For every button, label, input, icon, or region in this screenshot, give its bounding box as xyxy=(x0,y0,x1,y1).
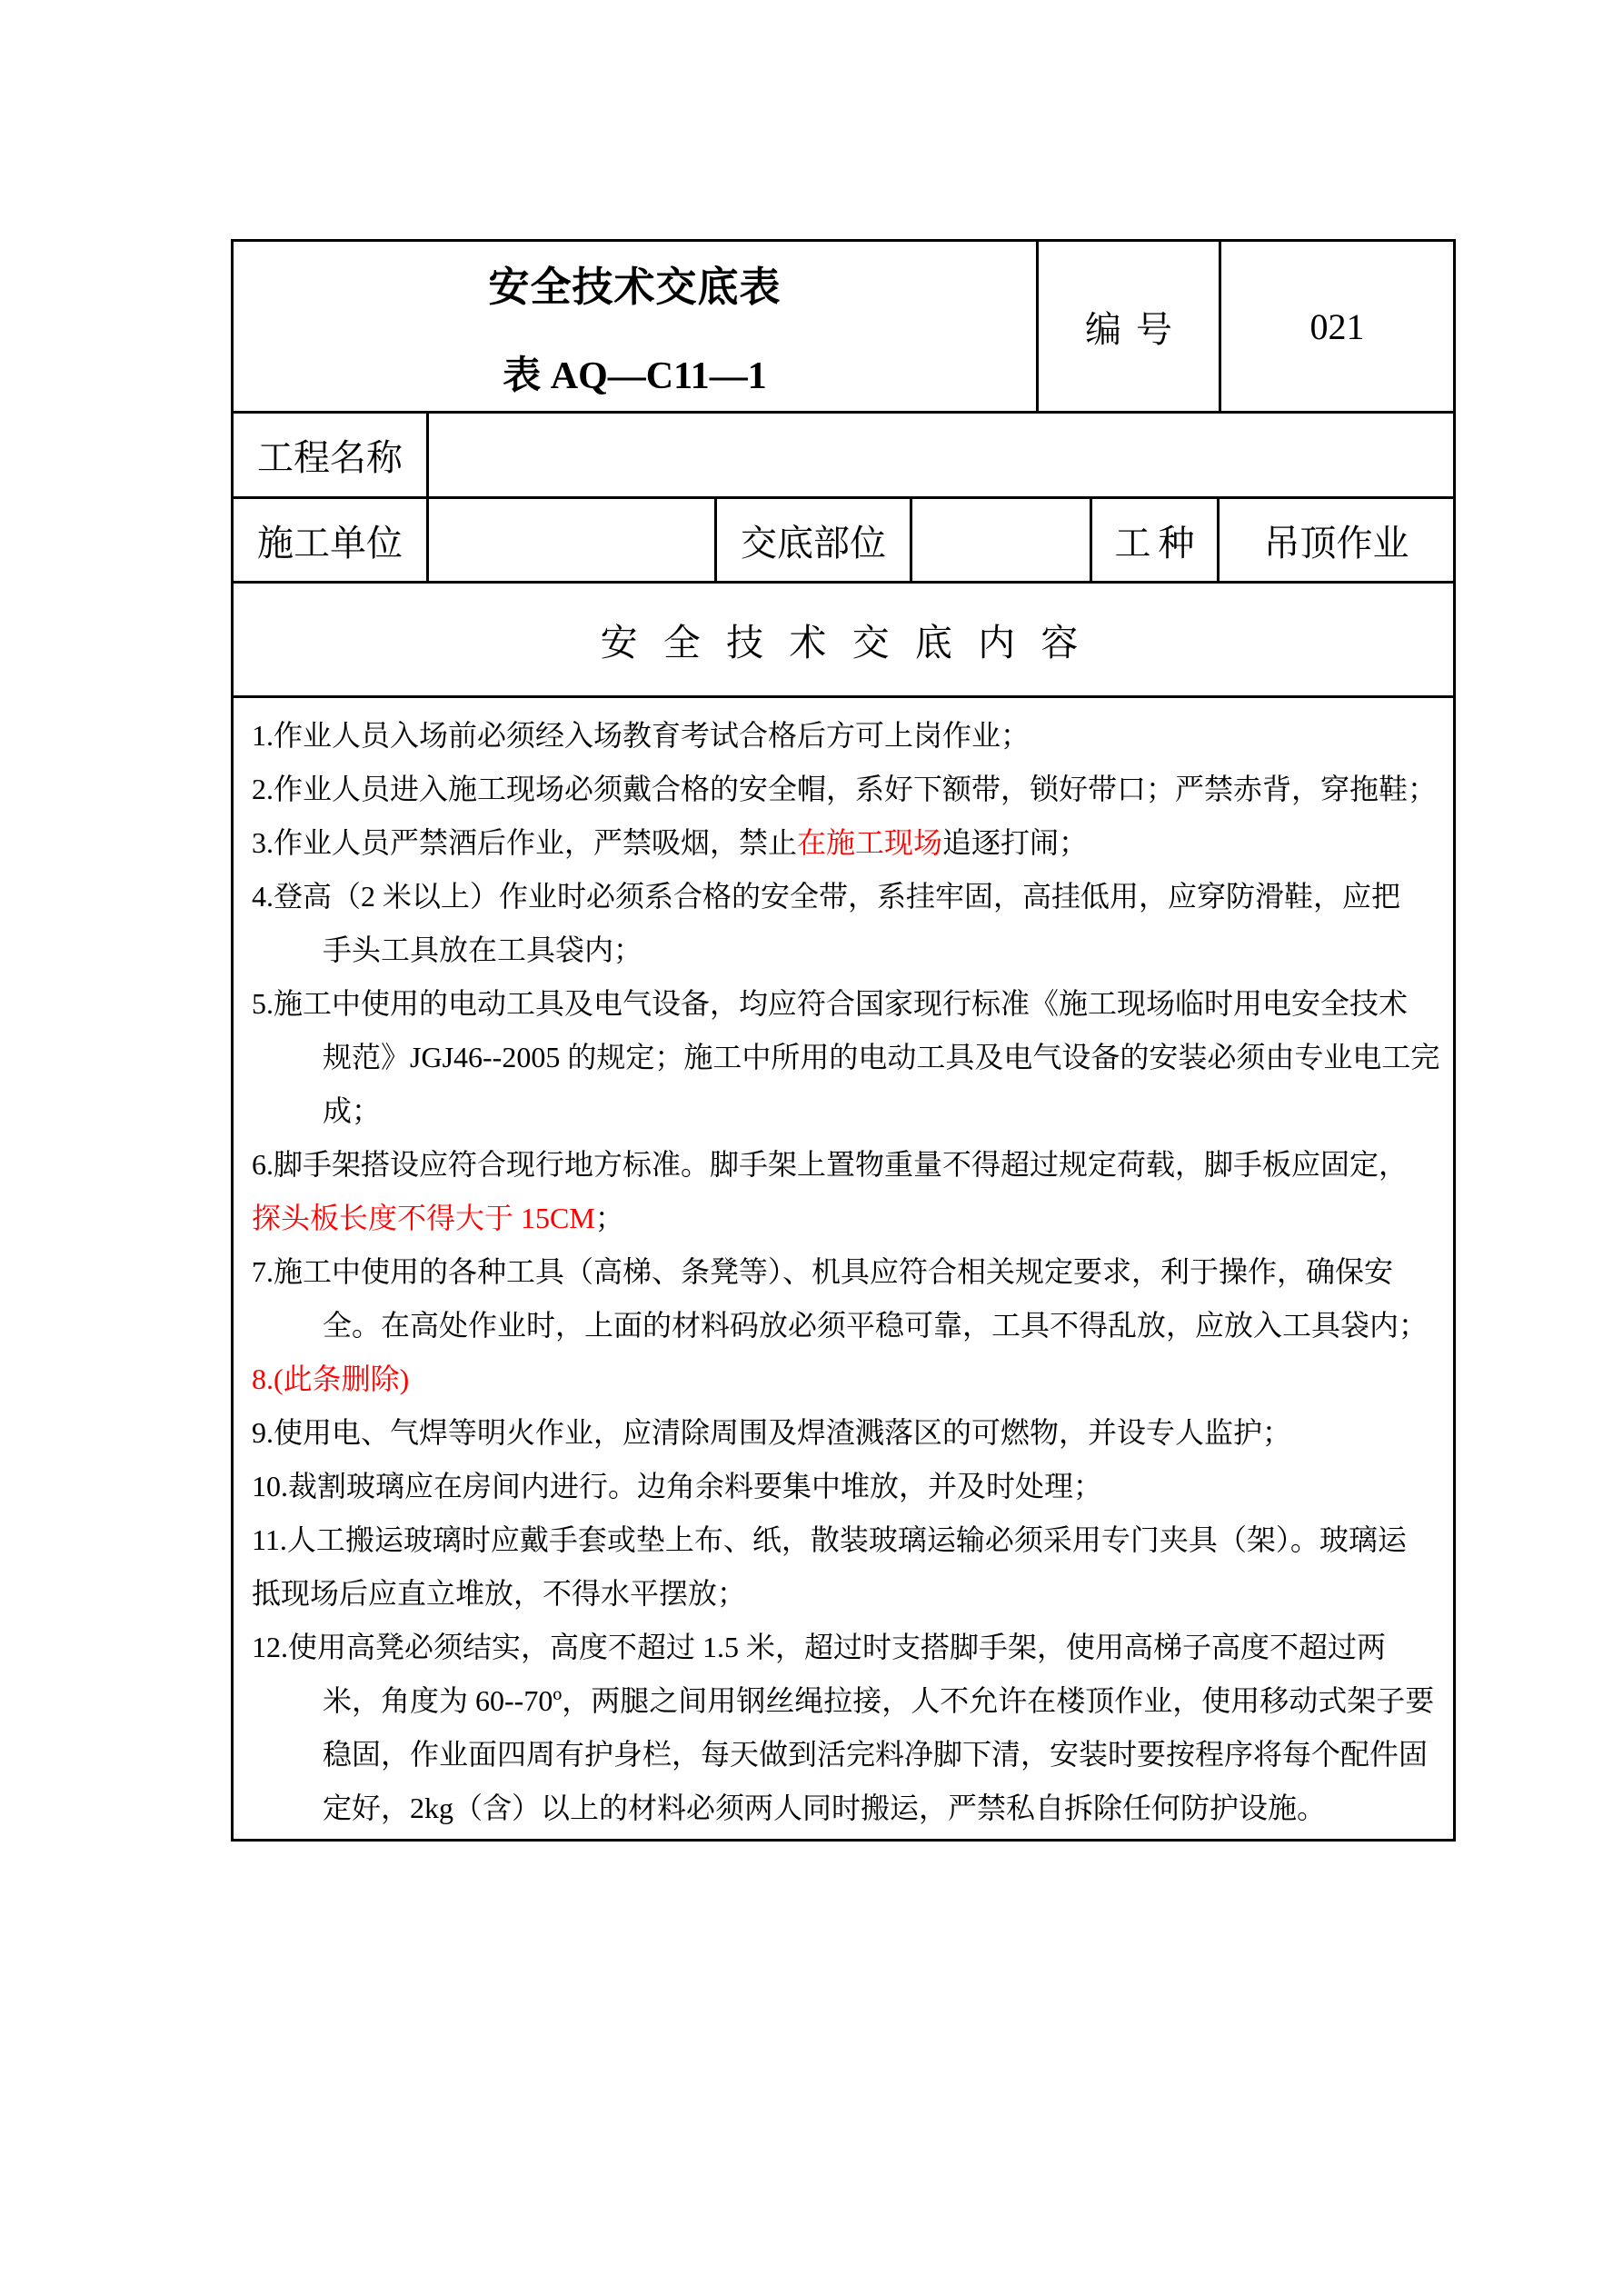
content-text: ； xyxy=(595,1202,624,1234)
project-name-row: 工程名称 xyxy=(234,414,1453,499)
disclosure-part-value xyxy=(912,499,1092,584)
doc-title: 安全技术交底表 xyxy=(488,254,781,313)
content-row: 1.作业人员入场前必须经入场教育考试合格后方可上岗作业；2.作业人员进入施工现场… xyxy=(234,698,1453,1839)
content-text: 6.脚手架搭设应符合现行地方标准。脚手架上置物重量不得超过规定荷载，脚手板应固定… xyxy=(252,1148,1408,1181)
content-line: 10.裁割玻璃应在房间内进行。边角余料要集中堆放，并及时处理； xyxy=(252,1460,1449,1513)
title-cell: 安全技术交底表 表 AQ—C11—1 xyxy=(234,242,1039,414)
content-line: 5.施工中使用的电动工具及电气设备，均应符合国家现行标准《施工现场临时用电安全技… xyxy=(252,977,1449,1031)
content-text: 全。在高处作业时，上面的材料码放必须平稳可靠，工具不得乱放，应放入工具袋内； xyxy=(323,1309,1428,1342)
content-line: 稳固，作业面四周有护身栏，每天做到活完料净脚下清，安装时要按程序将每个配件固 xyxy=(252,1728,1449,1782)
content-line: 9.使用电、气焊等明火作业，应清除周围及焊渣溅落区的可燃物，并设专人监护； xyxy=(252,1406,1449,1460)
content-line: 探头板长度不得大于 15CM； xyxy=(252,1192,1449,1245)
red-highlighted-text: 在施工现场 xyxy=(797,826,942,859)
contractor-value xyxy=(429,499,717,584)
disclosure-content-area: 1.作业人员入场前必须经入场教育考试合格后方可上岗作业；2.作业人员进入施工现场… xyxy=(234,698,1453,1839)
content-line: 4.登高（2 米以上）作业时必须系合格的安全带，系挂牢固，高挂低用，应穿防滑鞋，… xyxy=(252,870,1449,923)
content-text: 成； xyxy=(323,1094,381,1127)
project-name-label: 工程名称 xyxy=(234,414,429,499)
content-line: 成； xyxy=(252,1084,1449,1138)
header-row: 安全技术交底表 表 AQ—C11—1 编号 021 xyxy=(234,242,1453,414)
trade-value: 吊顶作业 xyxy=(1220,499,1453,584)
content-line: 3.作业人员严禁酒后作业，严禁吸烟，禁止在施工现场追逐打闹； xyxy=(252,816,1449,870)
content-line: 规范》JGJ46--2005 的规定；施工中所用的电动工具及电气设备的安装必须由… xyxy=(252,1031,1449,1084)
content-text: 追逐打闹； xyxy=(942,826,1088,859)
project-name-value xyxy=(429,414,1453,499)
safety-disclosure-table: 安全技术交底表 表 AQ—C11—1 编号 021 工程名称 施工单位 交底部位… xyxy=(231,239,1456,1842)
content-text: 5.施工中使用的电动工具及电气设备，均应符合国家现行标准《施工现场临时用电安全技… xyxy=(252,987,1408,1020)
disclosure-part-label: 交底部位 xyxy=(717,499,912,584)
content-line: 定好，2kg（含）以上的材料必须两人同时搬运，严禁私自拆除任何防护设施。 xyxy=(252,1782,1449,1835)
content-line: 11.人工搬运玻璃时应戴手套或垫上布、纸，散装玻璃运输必须采用专门夹具（架）。玻… xyxy=(252,1513,1449,1567)
content-text: 规范》JGJ46--2005 的规定；施工中所用的电动工具及电气设备的安装必须由… xyxy=(323,1041,1439,1073)
trade-label: 工种 xyxy=(1092,499,1220,584)
serial-number-value: 021 xyxy=(1221,242,1453,414)
content-line: 2.作业人员进入施工现场必须戴合格的安全帽，系好下额带，锁好带口；严禁赤背，穿拖… xyxy=(252,763,1449,816)
content-text: 手头工具放在工具袋内； xyxy=(323,933,642,966)
serial-number-label: 编号 xyxy=(1039,242,1221,414)
content-banner-title: 安 全 技 术 交 底 内 容 xyxy=(234,584,1453,698)
content-line: 12.使用高凳必须结实，高度不超过 1.5 米，超过时支搭脚手架，使用高梯子高度… xyxy=(252,1621,1449,1674)
content-line: 全。在高处作业时，上面的材料码放必须平稳可靠，工具不得乱放，应放入工具袋内； xyxy=(252,1299,1449,1353)
content-text: 4.登高（2 米以上）作业时必须系合格的安全带，系挂牢固，高挂低用，应穿防滑鞋，… xyxy=(252,880,1400,913)
content-text: 10.裁割玻璃应在房间内进行。边角余料要集中堆放，并及时处理； xyxy=(252,1470,1102,1502)
content-text: 9.使用电、气焊等明火作业，应清除周围及焊渣溅落区的可燃物，并设专人监护； xyxy=(252,1416,1291,1449)
content-text: 3.作业人员严禁酒后作业，严禁吸烟，禁止 xyxy=(252,826,797,859)
content-line: 1.作业人员入场前必须经入场教育考试合格后方可上岗作业； xyxy=(252,709,1449,763)
content-line: 抵现场后应直立堆放，不得水平摆放； xyxy=(252,1567,1449,1621)
contractor-row: 施工单位 交底部位 工种 吊顶作业 xyxy=(234,499,1453,584)
content-line: 手头工具放在工具袋内； xyxy=(252,923,1449,977)
content-text: 稳固，作业面四周有护身栏，每天做到活完料净脚下清，安装时要按程序将每个配件固 xyxy=(323,1738,1428,1771)
content-line: 6.脚手架搭设应符合现行地方标准。脚手架上置物重量不得超过规定荷载，脚手板应固定… xyxy=(252,1138,1449,1192)
content-banner-row: 安 全 技 术 交 底 内 容 xyxy=(234,584,1453,698)
content-text: 定好，2kg（含）以上的材料必须两人同时搬运，严禁私自拆除任何防护设施。 xyxy=(323,1792,1326,1824)
content-text: 2.作业人员进入施工现场必须戴合格的安全帽，系好下额带，锁好带口；严禁赤背，穿拖… xyxy=(252,773,1437,805)
doc-form-code: 表 AQ—C11—1 xyxy=(503,345,767,400)
content-text: 7.施工中使用的各种工具（高梯、条凳等）、机具应符合相关规定要求，利于操作，确保… xyxy=(252,1255,1393,1288)
content-line: 米，角度为 60--70º，两腿之间用钢丝绳拉接，人不允许在楼顶作业，使用移动式… xyxy=(252,1674,1449,1728)
content-text: 抵现场后应直立堆放，不得水平摆放； xyxy=(252,1577,746,1610)
content-text: 1.作业人员入场前必须经入场教育考试合格后方可上岗作业； xyxy=(252,719,1030,752)
contractor-label: 施工单位 xyxy=(234,499,429,584)
content-line: 7.施工中使用的各种工具（高梯、条凳等）、机具应符合相关规定要求，利于操作，确保… xyxy=(252,1245,1449,1299)
red-highlighted-text: 8.(此条删除) xyxy=(252,1363,409,1395)
content-text: 11.人工搬运玻璃时应戴手套或垫上布、纸，散装玻璃运输必须采用专门夹具（架）。玻… xyxy=(252,1523,1407,1556)
red-highlighted-text: 探头板长度不得大于 15CM xyxy=(252,1202,595,1234)
content-text: 米，角度为 60--70º，两腿之间用钢丝绳拉接，人不允许在楼顶作业，使用移动式… xyxy=(323,1684,1434,1717)
content-line: 8.(此条删除) xyxy=(252,1353,1449,1406)
content-text: 12.使用高凳必须结实，高度不超过 1.5 米，超过时支搭脚手架，使用高梯子高度… xyxy=(252,1631,1386,1663)
